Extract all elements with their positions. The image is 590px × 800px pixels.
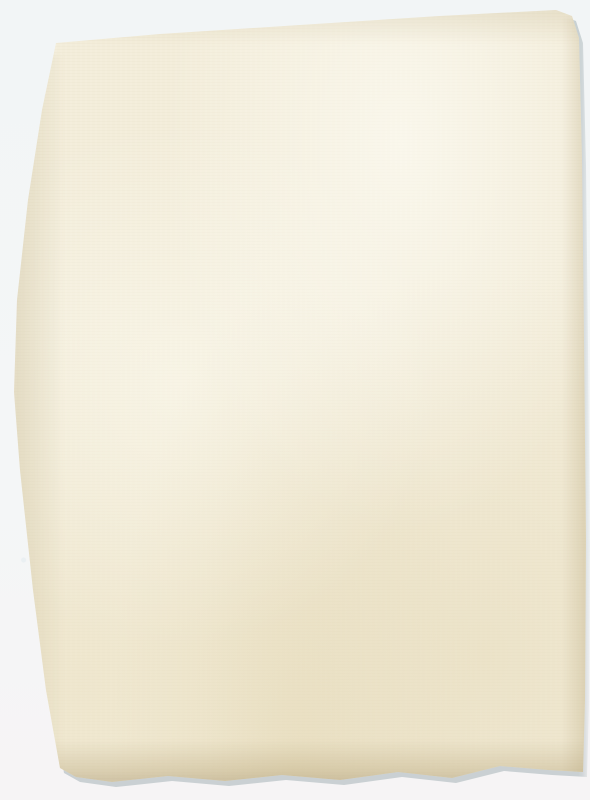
paper-sheet — [0, 0, 590, 800]
ink-bleed-layer — [0, 0, 590, 800]
scanner-bed — [0, 0, 590, 800]
